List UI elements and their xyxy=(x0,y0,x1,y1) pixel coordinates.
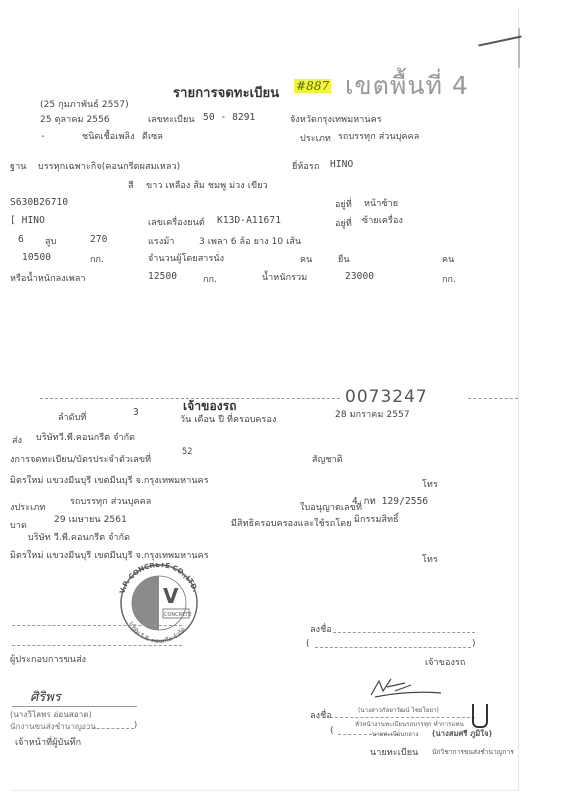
rights-label: มีสิทธิครอบครองและใช้รถโดย xyxy=(231,516,352,530)
operator-address: มิตรใหม่ แขวงมีนบุรี เขตมีนบุรี จ.กรุงเท… xyxy=(10,548,209,562)
recorder-close-paren: ) xyxy=(134,720,137,729)
owner-name: บริษัทวี.พี.คอนกรีต จำกัด xyxy=(36,430,135,444)
license-type: รถบรรทุก ส่วนบุคคล xyxy=(70,494,151,508)
sequence-value: 3 xyxy=(133,407,139,418)
body-prefix: ฐาน xyxy=(10,159,26,173)
id-label: งการจดทะเบียน/บัตรประจำตัวเลขที่ xyxy=(10,452,151,466)
rights-value: มิกรรมสิทธิ์ xyxy=(354,512,399,526)
registrar-stamp-name: (นางสมศรี ภูมิใจ) xyxy=(432,728,492,740)
company-stamp: V V.P. CONCRETE CO.,LTD. บริษัท วี.พี. ค… xyxy=(113,563,205,643)
fuel-value: ดีเซล xyxy=(142,129,163,143)
vehicle-weight: 10500 xyxy=(22,252,51,263)
weight-unit: กก. xyxy=(90,252,104,266)
owner-sign-label: ลงชื่อ xyxy=(310,622,332,636)
registrar-caption-suffix: นักวิชาการขนส่งชำนาญการ xyxy=(432,747,514,757)
registrar-caption: นายทะเบียน xyxy=(370,745,418,759)
registrar-open-paren: ( xyxy=(330,726,334,736)
possession-label: วัน เดือน ปี ที่ครอบครอง xyxy=(180,412,276,426)
svg-text:CONCRETE: CONCRETE xyxy=(164,612,192,618)
cylinders-unit: สูบ xyxy=(45,234,56,248)
axle-load-unit: กก. xyxy=(203,272,217,286)
persons-unit-2: คน xyxy=(442,252,454,266)
registrar-name: (นางสาวกัลยาวัฒน์ ไชยโยยา) xyxy=(358,705,439,715)
expiry-date: 29 เมษายน 2561 xyxy=(54,512,127,526)
license-number: 4 กท 129/2556 xyxy=(352,494,428,509)
gross-weight: 23000 xyxy=(345,271,374,282)
sequence-label: ลำดับที่ xyxy=(58,410,86,424)
operator-name: บริษัท วี.พี.คอนกรีต จำกัด xyxy=(28,530,130,544)
owner-prefix: ส่ง xyxy=(12,433,22,447)
handwritten-number: #887 xyxy=(294,79,331,93)
axles-wheels: 3 เพลา 6 ล้อ ยาง 10 เส้น xyxy=(199,234,301,248)
license-type-prefix: งประเภท xyxy=(10,500,45,514)
document-title: รายการจดทะเบียน xyxy=(173,82,279,103)
brand-value: HINO xyxy=(330,159,353,170)
expiry-prefix: บาด xyxy=(10,518,27,532)
persons-unit: คน xyxy=(300,252,312,266)
print-date: (25 กุมภาพันธ์ 2557) xyxy=(40,97,129,111)
recorder-signature-line xyxy=(12,706,137,707)
type-value: รถบรรทุก ส่วนบุคคล xyxy=(338,129,419,143)
chassis-number: S630B26710 xyxy=(10,197,68,208)
operator-caption: ผู้ประกอบการขนส่ง xyxy=(10,652,86,666)
plate-number: 50 - 8291 xyxy=(203,112,255,123)
fuel-label: ชนิดเชื้อเพลิง xyxy=(82,129,135,143)
plate-label: เลขทะเบียน xyxy=(148,112,195,126)
axle-load-label: หรือน้ำหนักลงเพลา xyxy=(10,271,86,285)
horsepower-unit: แรงม้า xyxy=(148,234,175,248)
registrar-sign-label: ลงชื่อ xyxy=(310,708,332,722)
axle-load: 12500 xyxy=(148,271,177,282)
recorder-position: นักงานขนส่งชำนาญงาน xyxy=(10,720,96,733)
gross-weight-label: น้ำหนักรวม xyxy=(262,270,307,284)
separator-dotted-right xyxy=(468,398,518,399)
seats-label: จำนวนผู้โดยสารนั่ง xyxy=(148,251,224,265)
gross-weight-unit: กก. xyxy=(442,272,456,286)
zone-label: เขตพื้นที่ 4 xyxy=(345,66,469,106)
color-label: สี xyxy=(128,178,134,192)
registrar-signature-line xyxy=(330,717,475,718)
body-type: บรรทุกเฉพาะกิจ(คอนกรีตผสมเหลว) xyxy=(38,159,180,173)
engine-location: ซ้ายเครื่อง xyxy=(362,213,403,227)
recorder-signature: ศิริพร xyxy=(30,686,61,707)
recorder-position-line xyxy=(82,728,134,729)
brand-label: ยี่ห้อรถ xyxy=(292,159,319,173)
horsepower: 270 xyxy=(90,234,107,245)
registrar-signature-scribble xyxy=(365,675,445,701)
recorder-caption: เจ้าหน้าที่ผู้บันทึก xyxy=(15,735,81,749)
registration-date: 25 ตุลาคม 2556 xyxy=(40,112,110,126)
type-label: ประเภท xyxy=(300,131,331,145)
owner-phone-label: โทร xyxy=(422,477,438,491)
operator-signature-line xyxy=(12,625,182,626)
cylinders: 6 xyxy=(18,234,24,245)
stamp-letter: V xyxy=(163,584,179,608)
owner-open-paren: ( xyxy=(306,639,310,649)
chassis-location-label: อยู่ที่ xyxy=(335,197,352,211)
dash: - xyxy=(40,131,46,142)
province: จังหวัดกรุงเทพมหานคร xyxy=(290,112,382,126)
owner-address: มิตรใหม่ แขวงมีนบุรี เขตมีนบุรี จ.กรุงเท… xyxy=(10,473,209,487)
registrar-seal-mark xyxy=(472,704,488,728)
owner-signature-line xyxy=(333,632,475,633)
engine-location-label: อยู่ที่ xyxy=(335,216,352,230)
operator-name-line xyxy=(12,645,182,646)
owner-close-paren: ) xyxy=(472,639,476,649)
engine-label: เลขเครื่องยนต์ xyxy=(148,215,205,229)
engine-brand: [ HINO xyxy=(10,215,45,226)
scan-edge-mark xyxy=(518,28,520,68)
engine-number: K13D-A11671 xyxy=(217,215,281,226)
operator-phone-label: โทร xyxy=(422,552,438,566)
registrar-sub: นายทะเบียนกลาง xyxy=(372,729,419,739)
possession-date: 28 มกราคม 2557 xyxy=(335,407,410,421)
nationality-label: สัญชาติ xyxy=(312,452,343,466)
owner-caption: เจ้าของรถ xyxy=(425,655,465,669)
serial-number: 0073247 xyxy=(345,387,428,407)
owner-name-line xyxy=(315,647,471,648)
color-value: ขาว เหลือง ส้ม ชมพู ม่วง เขียว xyxy=(146,178,268,192)
chassis-location: หน้าซ้าย xyxy=(364,196,398,210)
id-value: 52 xyxy=(182,447,192,457)
standing-label: ยืน xyxy=(338,252,350,266)
